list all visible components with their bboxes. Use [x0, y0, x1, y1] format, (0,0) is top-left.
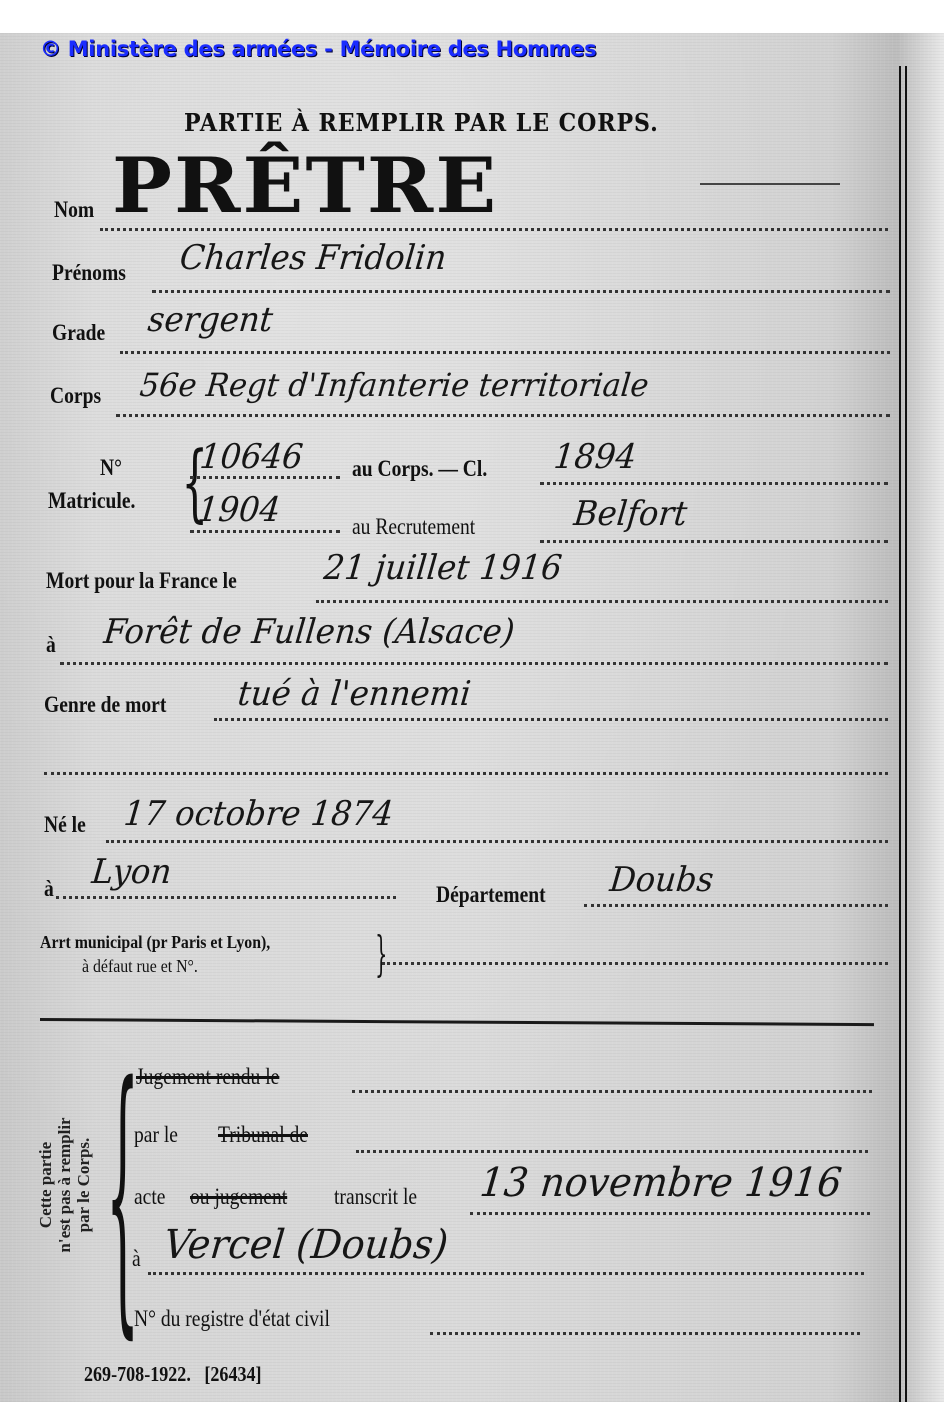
- ne-le-label: Né le: [44, 812, 86, 838]
- matricule-recrutement-line: [190, 530, 340, 533]
- side-note: Cette partie n'est pas à remplir par le …: [36, 1085, 93, 1285]
- acte-lieu-value: Vercel (Doubs): [162, 1222, 451, 1268]
- ne-lieu-line: [56, 896, 396, 899]
- genre-mort-value: tué à l'ennemi: [236, 674, 473, 714]
- ne-lieu-value: Lyon: [90, 852, 173, 892]
- mort-le-value: 21 juillet 1916: [322, 548, 564, 588]
- grade-value: sergent: [146, 300, 275, 340]
- matricule-label-no: N°: [100, 455, 122, 481]
- margin-rule-right: [905, 66, 907, 1402]
- acte-struck-text: ou jugement: [190, 1184, 287, 1210]
- departement-label: Département: [436, 882, 546, 908]
- matricule-corps-line: [190, 476, 340, 479]
- arrondissement-sublabel: à défaut rue et N°.: [82, 956, 198, 977]
- side-note-line1: Cette partie: [36, 1085, 55, 1285]
- genre-mort-line: [214, 718, 888, 721]
- side-note-line3: par le Corps.: [74, 1085, 93, 1285]
- nom-value: PRÊTRE: [112, 148, 498, 224]
- form-reference: 269-708-1922. [26434]: [84, 1362, 262, 1387]
- ne-lieu-label: à: [44, 876, 54, 902]
- acte-lieu-label: à: [132, 1246, 141, 1272]
- recrutement-line: [540, 540, 888, 543]
- au-corps-label: au Corps. — Cl.: [352, 456, 487, 482]
- genre-mort-line-2: [44, 772, 888, 775]
- arrondissement-brace: }: [375, 930, 387, 978]
- mort-lieu-value: Forêt de Fullens (Alsace): [102, 612, 516, 652]
- ne-le-line: [106, 840, 888, 843]
- prenoms-line: [152, 290, 890, 293]
- matricule-corps-number: 10646: [198, 437, 305, 477]
- nom-line: [100, 228, 888, 231]
- acte-prefix: acte: [134, 1184, 165, 1210]
- classe-value: 1894: [552, 437, 638, 477]
- registre-label: N° du registre d'état civil: [134, 1306, 330, 1332]
- jugement-line: [352, 1090, 872, 1093]
- tribunal-prefix: par le: [134, 1122, 178, 1148]
- classe-line: [540, 482, 888, 485]
- copyright-watermark: © Ministère des armées - Mémoire des Hom…: [40, 37, 596, 61]
- margin-rule-left: [899, 66, 901, 1402]
- corps-line: [116, 414, 890, 417]
- registre-line: [430, 1332, 860, 1335]
- grade-label: Grade: [52, 320, 105, 346]
- ne-le-value: 17 octobre 1874: [122, 794, 395, 834]
- matricule-label: Matricule.: [48, 488, 135, 514]
- mort-lieu-line: [60, 662, 888, 665]
- nom-label: Nom: [54, 197, 94, 223]
- departement-line: [584, 904, 888, 907]
- corps-label: Corps: [50, 383, 101, 409]
- nom-extra-rule: [700, 183, 840, 185]
- side-note-line2: n'est pas à remplir: [55, 1085, 74, 1285]
- acte-line: [470, 1212, 870, 1215]
- matricule-recrutement-number: 1904: [196, 490, 282, 530]
- au-recrutement-label: au Recrutement: [352, 514, 475, 540]
- jugement-label: Jugement rendu le: [136, 1064, 279, 1090]
- mort-le-line: [316, 600, 888, 603]
- mort-lieu-label: à: [46, 632, 56, 658]
- arrondissement-line: [382, 962, 888, 965]
- prenoms-value: Charles Fridolin: [178, 238, 448, 278]
- tribunal-line: [356, 1150, 868, 1153]
- tribunal-label: Tribunal de: [218, 1122, 308, 1148]
- prenoms-label: Prénoms: [52, 260, 126, 286]
- acte-date: 13 novembre 1916: [478, 1160, 844, 1206]
- acte-lieu-line: [148, 1272, 864, 1275]
- grade-line: [120, 351, 890, 354]
- acte-suffix: transcrit le: [334, 1184, 417, 1210]
- departement-value: Doubs: [608, 860, 715, 900]
- section-heading: PARTIE À REMPLIR PAR LE CORPS.: [184, 108, 659, 137]
- recrutement-place: Belfort: [572, 494, 689, 534]
- mort-le-label: Mort pour la France le: [46, 568, 237, 594]
- arrondissement-label: Arrt municipal (pr Paris et Lyon),: [40, 932, 270, 953]
- genre-mort-label: Genre de mort: [44, 692, 166, 718]
- corps-value: 56e Regt d'Infanterie territoriale: [138, 366, 650, 404]
